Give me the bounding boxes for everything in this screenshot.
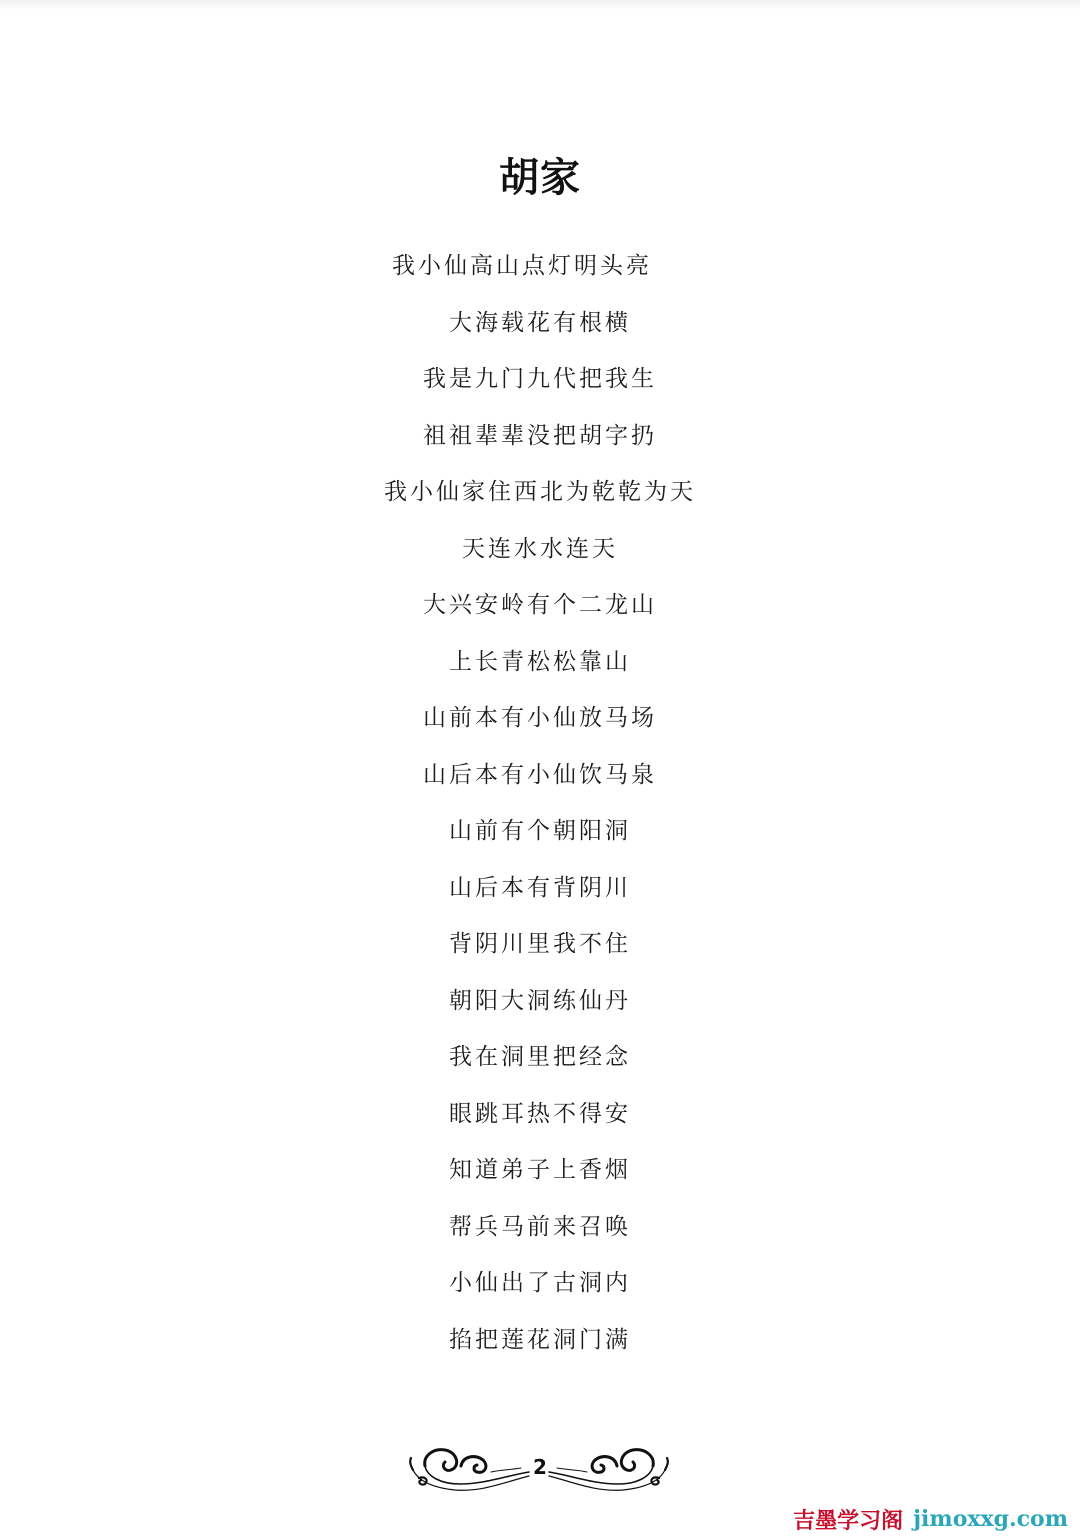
verse-line: 山前有个朝阳洞: [0, 811, 1080, 868]
site-watermark: 吉墨学习阁 jimoxxg.com: [789, 1504, 1072, 1534]
verse-line: 我在洞里把经念: [0, 1037, 1080, 1094]
verse-line: 帮兵马前来召唤: [0, 1207, 1080, 1264]
verse-line: 知道弟子上香烟: [0, 1150, 1080, 1207]
verse-line: 掐把莲花洞门满: [0, 1320, 1080, 1377]
verse-line: 天连水水连天: [0, 529, 1080, 586]
verse-line: 朝阳大洞练仙丹: [0, 981, 1080, 1038]
verse-line: 上长青松松靠山: [0, 642, 1080, 699]
verse-line: 小仙出了古洞内: [0, 1263, 1080, 1320]
document-page: 胡家 我小仙高山点灯明头亮 大海载花有根横 我是九门九代把我生 祖祖辈辈没把胡字…: [0, 0, 1080, 1538]
page-title: 胡家: [0, 146, 1080, 203]
verse-line: 背阴川里我不住: [0, 924, 1080, 981]
verse-line: 我小仙高山点灯明头亮: [0, 246, 1080, 303]
verse-line: 大海载花有根横: [0, 303, 1080, 360]
watermark-site-name: 吉墨学习阁: [793, 1504, 903, 1535]
verse-line: 大兴安岭有个二龙山: [0, 585, 1080, 642]
verse-line: 山后本有背阴川: [0, 868, 1080, 925]
verse-list: 我小仙高山点灯明头亮 大海载花有根横 我是九门九代把我生 祖祖辈辈没把胡字扔 我…: [0, 246, 1080, 1376]
verse-line: 山后本有小仙饮马泉: [0, 755, 1080, 812]
watermark-site-url: jimoxxg.com: [913, 1506, 1068, 1532]
verse-line: 祖祖辈辈没把胡字扔: [0, 416, 1080, 473]
verse-line: 眼跳耳热不得安: [0, 1094, 1080, 1151]
page-number: 2: [0, 1455, 1080, 1479]
verse-line: 山前本有小仙放马场: [0, 698, 1080, 755]
verse-line: 我小仙家住西北为乾乾为天: [0, 472, 1080, 529]
verse-line: 我是九门九代把我生: [0, 359, 1080, 416]
